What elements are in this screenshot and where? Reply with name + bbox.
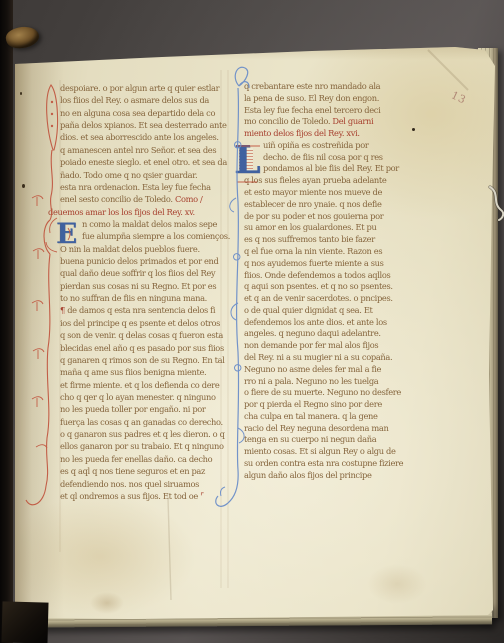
text-line: racio del Rey neguna desordena man <box>244 423 420 435</box>
text-line: to no suffran de fiis en ninguna mana. <box>60 292 222 304</box>
text-line: del Rey. ni a su mugier ni a su copaña. <box>244 352 420 364</box>
text-line: es q nos suffremos tanto bie fazer <box>244 234 420 246</box>
text-line: esta nra ordenacion. Esta ley fue fecha <box>60 181 222 193</box>
text-line: paña delos xpianos. Et sea desterrado an… <box>60 119 222 131</box>
text-segment: no les pueda fer enellas daño. ca decho <box>60 454 212 464</box>
text-segment: racio del Rey neguna desordena man <box>244 423 389 433</box>
text-segment: rro ni a pala. Neguno no les tuelga <box>244 376 378 386</box>
text-line: angeles. q neguno daqui adelantre. <box>244 328 420 340</box>
text-line: fuerça las cosas q an ganadas co derecho… <box>60 416 222 428</box>
text-segment: q aqui son psentes. et q no so psentes. <box>244 281 393 291</box>
text-line: no en alguna cosa sea departido dela co <box>60 107 222 119</box>
text-line: o fiere de su muerte. Neguno no desfere <box>244 387 420 399</box>
text-segment: ellos ganaron por su trabaio. Et q ningu… <box>60 441 224 451</box>
photo-background: 13 despoiare. o por algun arte q quier e… <box>0 0 504 643</box>
text-segment: o de qual quier dignidat q sea. Et <box>244 305 373 315</box>
wormhole-speck <box>20 92 22 95</box>
text-segment: de por su poder et nos gouierna por <box>244 211 383 221</box>
text-segment: poiado eneste sieglo. et enel otro. et s… <box>60 157 227 167</box>
text-segment: tenga en su cuerpo ni negun daña <box>244 434 376 444</box>
text-segment: Del guarni <box>332 116 373 126</box>
text-line: defendiendo nos. nos quel siruamos <box>60 478 222 490</box>
book-binding-strip <box>0 0 13 643</box>
text-segment: ñado. Todo ome q no qsier guardar. <box>60 170 197 180</box>
text-segment: su amor en los gualardones. Et pu <box>244 222 376 232</box>
text-line: poiado eneste sieglo. et enel otro. et s… <box>60 156 222 168</box>
text-segment: et firme miente. et q los defienda co de… <box>60 380 219 390</box>
text-line: q el fue orna la nin viente. Razon es <box>244 246 420 258</box>
text-column-right: q crebantare este nro mandado alala pena… <box>244 81 420 482</box>
text-segment: defendiendo nos. nos quel siruamos <box>60 479 199 489</box>
text-segment: q amanescen antel nro Señor. et sea des <box>60 145 216 155</box>
text-segment: mo concilio de Toledo. <box>244 116 332 126</box>
initial-letter: L <box>234 137 261 182</box>
text-segment: es q aql q nos tiene seguros et en paz <box>60 466 205 476</box>
text-segment: q ganaren q rimos son de su Regno. En ta… <box>60 355 225 365</box>
text-segment: q crebantare este nro mandado ala <box>244 81 380 91</box>
text-segment: su orden contra esta nra costupne fizier… <box>244 458 403 468</box>
binding-board-corner <box>1 601 48 643</box>
text-segment: miento delos fijos del Rey. xvi. <box>244 128 360 138</box>
text-segment: del Rey. ni a su mugier ni a su copaña. <box>244 352 392 362</box>
text-line: non demande por fer mal alos fijos <box>244 340 420 352</box>
text-line: q son de venir. q delas cosas q fueron e… <box>60 329 222 341</box>
text-line: et q an de venir sacerdotes. o pncipes. <box>244 293 420 305</box>
text-line: fue alumpña siempre a los comienços. <box>60 230 222 242</box>
text-line: de por su poder et nos gouierna por <box>244 211 420 223</box>
folio-number: 13 <box>449 89 468 106</box>
text-segment: despoiare. o por algun arte q quier estl… <box>60 83 219 93</box>
text-segment: pondamos al bie fiis del Rey. Et por <box>263 163 399 173</box>
text-line: Neguno no asme deles fer mal a fie <box>244 364 420 376</box>
text-line: uiñ opiña es costreñida por <box>244 140 420 152</box>
text-segment: dios. et sea aborrescido ante los angele… <box>60 132 219 142</box>
text-segment: fuerça las cosas q an ganadas co derecho… <box>60 417 223 427</box>
text-segment: q los sus fieles ayan prueba adelante <box>244 175 386 185</box>
text-segment: paña delos xpianos. Et sea desterrado an… <box>60 120 227 130</box>
text-line: et esto mayor miente nos mueve de <box>244 187 420 199</box>
text-line: decho. de fiis nil cosa por q res <box>244 152 420 164</box>
text-line: blecidas enel año q es pasado por sus fi… <box>60 342 222 354</box>
illuminated-initial-left: E <box>56 220 77 248</box>
text-line: la pena de suso. El Rey don engon. <box>244 93 420 105</box>
text-line: no les pueda toller por engaño. ni por <box>60 403 222 415</box>
text-line: q amanescen antel nro Señor. et sea des <box>60 144 222 156</box>
text-segment: qual daño deue soffrir q los fiios del R… <box>60 268 215 278</box>
text-segment: et ql ondremos a sus fijos. Et tod oe <box>60 491 200 501</box>
text-line: maña q ame sus fiios benigna miente. <box>60 366 222 378</box>
text-line: los fiios del Rey. o asmare delos sus da <box>60 94 222 106</box>
text-line: algun daño alos fijos del principe <box>244 470 420 482</box>
text-line: por q pierda el Regno sino por dere <box>244 399 420 411</box>
text-segment: ⌜ <box>200 491 204 501</box>
text-line: o de qual quier dignidat q sea. Et <box>244 305 420 317</box>
text-line: q los sus fieles ayan prueba adelante <box>244 175 420 187</box>
text-segment: de damos q esta nra sentencia delos fi <box>67 305 215 315</box>
text-line: ñado. Todo ome q no qsier guardar. <box>60 169 222 181</box>
text-segment: establecer de nro ynaie. q nos defie <box>244 199 382 209</box>
parchment-stain <box>367 564 427 604</box>
text-line: ios del principe q es psente et delos ot… <box>60 317 222 329</box>
text-segment: q el fue orna la nin viente. Razon es <box>244 246 382 256</box>
text-segment: blecidas enel año q es pasado por sus fi… <box>60 343 224 353</box>
text-line: tenga en su cuerpo ni negun daña <box>244 434 420 446</box>
text-line: qual daño deue soffrir q los fiios del R… <box>60 267 222 279</box>
text-line: despoiare. o por algun arte q quier estl… <box>60 82 222 94</box>
text-segment: deuemos amar los los fijos del Rey. xv. <box>48 207 195 217</box>
text-segment: cho q qer q lo ayan menester. q ninguno <box>60 392 216 402</box>
text-line: q nos ayudemos fuerte miente a sus <box>244 258 420 270</box>
text-line: q aqui son psentes. et q no so psentes. <box>244 281 420 293</box>
text-line: O nin la maldat delos pueblos fuere. <box>60 243 222 255</box>
text-line: su amor en los gualardones. Et pu <box>244 222 420 234</box>
text-line: ellos ganaron por su trabaio. Et q ningu… <box>60 440 222 452</box>
text-segment: q son de venir. q delas cosas q fueron e… <box>60 330 223 340</box>
text-segment: non demande por fer mal alos fijos <box>244 340 378 350</box>
text-segment: n como la maldat delos malos sepe <box>82 219 217 229</box>
text-line: et firme miente. et q los defienda co de… <box>60 379 222 391</box>
text-segment: uiñ opiña es costreñida por <box>263 140 369 150</box>
text-segment: los fiios del Rey. o asmare delos sus da <box>60 95 209 105</box>
text-line: q crebantare este nro mandado ala <box>244 81 420 93</box>
text-segment: o q ganaron sus padres et q les dieron. … <box>60 429 225 439</box>
text-segment: et q an de venir sacerdotes. o pncipes. <box>244 293 393 303</box>
text-line: dios. et sea aborrescido ante los angele… <box>60 131 222 143</box>
text-segment: fue alumpña siempre a los comienços. <box>82 231 230 241</box>
text-line: o q ganaron sus padres et q les dieron. … <box>60 428 222 440</box>
text-line: no les pueda fer enellas daño. ca decho <box>60 453 222 465</box>
text-segment: Como / <box>175 194 203 204</box>
text-line: pondamos al bie fiis del Rey. Et por <box>244 163 420 175</box>
manuscript-page: 13 despoiare. o por algun arte q quier e… <box>12 44 500 626</box>
text-line: rro ni a pala. Neguno no les tuelga <box>244 376 420 388</box>
text-segment: esta nra ordenacion. Esta ley fue fecha <box>60 182 211 192</box>
text-segment: et esto mayor miente nos mueve de <box>244 187 382 197</box>
text-segment: enel sesto concilio de Toledo. <box>60 194 175 204</box>
text-segment: o fiere de su muerte. Neguno no desfere <box>244 387 401 397</box>
text-segment: algun daño alos fijos del principe <box>244 470 372 480</box>
text-line: fiios. Onde defendemos a todos aqllos <box>244 270 420 282</box>
text-line: q ganaren q rimos son de su Regno. En ta… <box>60 354 222 366</box>
text-segment: no les pueda toller por engaño. ni por <box>60 404 206 414</box>
parchment-stain <box>90 592 124 614</box>
text-segment: O nin la maldat delos pueblos fuere. <box>60 244 200 254</box>
text-line: su orden contra esta nra costupne fizier… <box>244 458 420 470</box>
text-line: n como la maldat delos malos sepe <box>60 218 222 230</box>
text-line: et ql ondremos a sus fijos. Et tod oe ⌜ <box>60 490 222 502</box>
ink-speck <box>412 128 415 131</box>
text-line: pierdan sus cosas ni su Regno. Et por es <box>60 280 222 292</box>
text-line: cho q qer q lo ayan menester. q ninguno <box>60 391 222 403</box>
text-segment: no en alguna cosa sea departido dela co <box>60 108 215 118</box>
text-segment: to no suffran de fiis en ninguna mana. <box>60 293 207 303</box>
illuminated-initial-right: L <box>234 141 261 179</box>
text-segment: fiios. Onde defendemos a todos aqllos <box>244 270 390 280</box>
text-line: es q aql q nos tiene seguros et en paz <box>60 465 222 477</box>
text-segment: miento cosas. Et si algun Rey o algu de <box>244 446 396 456</box>
text-line: mo concilio de Toledo. Del guarni <box>244 116 420 128</box>
text-segment: Neguno no asme deles fer mal a fie <box>244 364 381 374</box>
wormhole-speck <box>22 184 25 188</box>
text-segment: maña q ame sus fiios benigna miente. <box>60 367 206 377</box>
text-segment: Esta ley fue fecha enel tercero deci <box>244 105 380 115</box>
text-line: miento delos fijos del Rey. xvi. <box>244 128 420 140</box>
text-segment: decho. de fiis nil cosa por q res <box>263 152 383 162</box>
text-segment: q nos ayudemos fuerte miente a sus <box>244 258 384 268</box>
text-line: Esta ley fue fecha enel tercero deci <box>244 105 420 117</box>
text-line: ¶ de damos q esta nra sentencia delos fi <box>60 304 222 316</box>
text-segment: por q pierda el Regno sino por dere <box>244 399 382 409</box>
text-segment: pierdan sus cosas ni su Regno. Et por es <box>60 281 216 291</box>
text-line: buena punicio delos primados et por end <box>60 255 222 267</box>
text-line: defendemos los ante dios. et ante los <box>244 317 420 329</box>
text-segment: angeles. q neguno daqui adelantre. <box>244 328 381 338</box>
text-segment: ios del principe q es psente et delos ot… <box>60 318 220 328</box>
initial-letter: E <box>56 217 77 250</box>
text-segment: cha culpa en tal manera. q la gene <box>244 411 378 421</box>
text-column-left: despoiare. o por algun arte q quier estl… <box>60 82 222 502</box>
text-line: cha culpa en tal manera. q la gene <box>244 411 420 423</box>
text-line: establecer de nro ynaie. q nos defie <box>244 199 420 211</box>
text-line: miento cosas. Et si algun Rey o algu de <box>244 446 420 458</box>
text-segment: la pena de suso. El Rey don engon. <box>244 93 379 103</box>
text-segment: defendemos los ante dios. et ante los <box>244 317 387 327</box>
text-line: enel sesto concilio de Toledo. Como / <box>60 193 222 205</box>
text-segment: es q nos suffremos tanto bie fazer <box>244 234 375 244</box>
text-segment: buena punicio delos primados et por end <box>60 256 219 266</box>
